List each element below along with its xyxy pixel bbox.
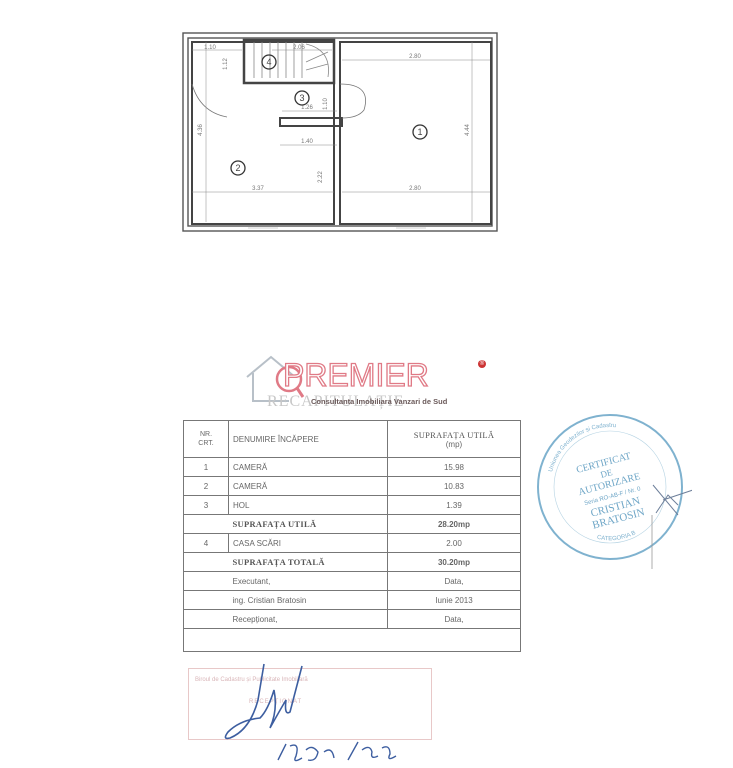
svg-text:2.80: 2.80 xyxy=(409,54,421,60)
recap-table: NR. CRT. DENUMIRE ÎNCĂPERE SUPRAFAȚA UTI… xyxy=(183,420,521,652)
room-3-marker: 3 xyxy=(295,91,309,105)
svg-text:CATEGORIA B: CATEGORIA B xyxy=(596,530,636,542)
signature-row xyxy=(184,629,521,652)
svg-text:1.10: 1.10 xyxy=(323,98,329,110)
svg-text:19820 / 2013: 19820 / 2013 xyxy=(220,660,226,661)
table-row: 3 HOL 1.39 xyxy=(184,496,521,515)
table-row: 2 CAMERĂ 10.83 xyxy=(184,477,521,496)
brand-tagline: Consultanta Imobiliara Vanzari de Sud xyxy=(311,397,447,406)
subtotal-row: SUPRAFAȚA UTILĂ 28.20mp xyxy=(184,515,521,534)
floor-plan-drawing: 1.10 2.06 1.12 2.80 2.80 4.44 1.10 1.26 … xyxy=(182,32,498,232)
header-area: SUPRAFAȚA UTILĂ (mp) xyxy=(388,421,521,458)
room-1-marker: 1 xyxy=(413,125,427,139)
footer-row: Executant, Data, xyxy=(184,572,521,591)
svg-text:4.36: 4.36 xyxy=(198,124,204,136)
room-4-marker: 4 xyxy=(262,55,276,69)
total-row: SUPRAFAȚA TOTALĂ 30.20mp xyxy=(184,553,521,572)
svg-text:2.06: 2.06 xyxy=(293,45,305,51)
table-row: 4 CASA SCĂRI 2.00 xyxy=(184,534,521,553)
registered-mark: ® xyxy=(478,360,486,368)
svg-text:4: 4 xyxy=(266,57,271,67)
header-nr: NR. CRT. xyxy=(188,430,224,448)
svg-text:2.80: 2.80 xyxy=(409,186,421,192)
svg-text:1.12: 1.12 xyxy=(223,58,229,70)
premier-logo: PREMIER ® RECAPITULAȚIE Consultanta Imob… xyxy=(245,355,495,415)
room-2-marker: 2 xyxy=(231,161,245,175)
svg-text:1.26: 1.26 xyxy=(301,105,313,111)
svg-text:3.37: 3.37 xyxy=(252,186,264,192)
svg-text:1.10: 1.10 xyxy=(204,45,216,51)
footer-row: ing. Cristian Bratosin Iunie 2013 xyxy=(184,591,521,610)
svg-text:3: 3 xyxy=(299,93,304,103)
svg-text:2.22: 2.22 xyxy=(318,171,324,183)
footer-row: Recepționat, Data, xyxy=(184,610,521,629)
header-name: DENUMIRE ÎNCĂPERE xyxy=(229,421,388,458)
floor-plan: 1.10 2.06 1.12 2.80 2.80 4.44 1.10 1.26 … xyxy=(182,32,498,232)
svg-text:1.40: 1.40 xyxy=(301,139,313,145)
svg-text:1: 1 xyxy=(417,127,422,137)
authorization-stamp: Uniunea Geodezilor și Cadastru CATEGORIA… xyxy=(528,405,692,569)
svg-text:2: 2 xyxy=(235,163,240,173)
brand-name: PREMIER xyxy=(283,357,429,394)
table-row: 1 CAMERĂ 15.98 xyxy=(184,458,521,477)
table-header: NR. CRT. DENUMIRE ÎNCĂPERE SUPRAFAȚA UTI… xyxy=(184,421,521,458)
svg-text:4.44: 4.44 xyxy=(465,124,471,136)
handwritten-signature: 19820 / 2013 xyxy=(220,660,460,768)
